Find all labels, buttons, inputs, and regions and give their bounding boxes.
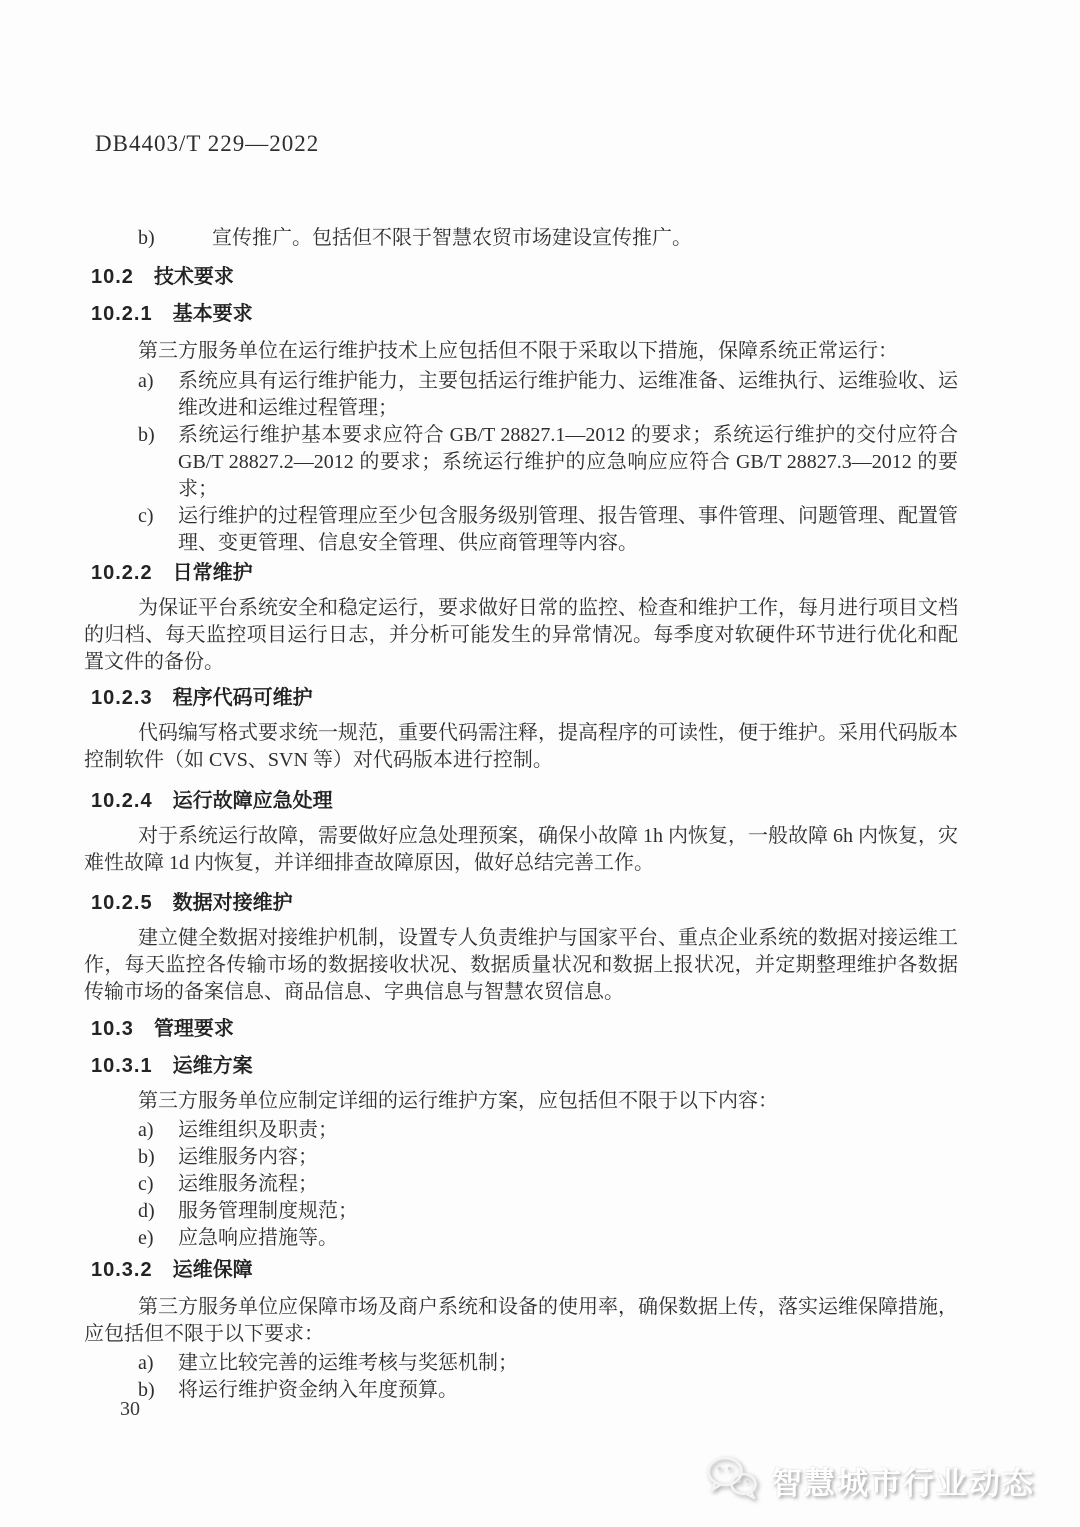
paragraph-10-3-2-intro: 第三方服务单位应保障市场及商户系统和设备的使用率，确保数据上传，落实运维保障措施… bbox=[84, 1294, 958, 1348]
list-item-text: 应急响应措施等。 bbox=[178, 1227, 338, 1249]
paragraph-10-2-2: 为保证平台系统安全和稳定运行，要求做好日常的监控、检查和维护工作，每月进行项目文… bbox=[84, 595, 958, 676]
section-title: 基本要求 bbox=[173, 303, 253, 325]
section-number: 10.3.2 bbox=[91, 1259, 153, 1281]
section-number: 10.2.5 bbox=[91, 892, 153, 914]
list-item-label: d) bbox=[138, 1198, 155, 1225]
list-item-text: 宣传推广。包括但不限于智慧农贸市场建设宣传推广。 bbox=[212, 227, 692, 249]
section-heading-10-2-4: 10.2.4运行故障应急处理 bbox=[91, 789, 958, 813]
text-column: DB4403/T 229—2022 b) 宣传推广。包括但不限于智慧农贸市场建设… bbox=[84, 0, 958, 1404]
page-number: 30 bbox=[120, 1398, 140, 1421]
list-item: b) 系统运行维护基本要求应符合 GB/T 28827.1—2012 的要求；系… bbox=[84, 422, 958, 503]
section-title: 管理要求 bbox=[154, 1018, 234, 1040]
section-heading-10-2-5: 10.2.5数据对接维护 bbox=[91, 891, 958, 915]
list-item-text: 建立比较完善的运维考核与奖惩机制； bbox=[178, 1352, 518, 1374]
list-item-text: 运维服务流程； bbox=[178, 1173, 318, 1195]
paragraph-10-2-1-intro: 第三方服务单位在运行维护技术上应包括但不限于采取以下措施，保障系统正常运行： bbox=[84, 338, 958, 365]
section-title: 技术要求 bbox=[154, 266, 234, 288]
list-item-label: e) bbox=[138, 1225, 154, 1252]
list-item: a) 建立比较完善的运维考核与奖惩机制； bbox=[84, 1350, 958, 1377]
document-page: DB4403/T 229—2022 b) 宣传推广。包括但不限于智慧农贸市场建设… bbox=[0, 0, 1080, 1527]
section-number: 10.2.2 bbox=[91, 562, 153, 584]
list-item: b) 将运行维护资金纳入年度预算。 bbox=[84, 1377, 958, 1404]
paragraph-10-2-4: 对于系统运行故障，需要做好应急处理预案，确保小故障 1h 内恢复，一般故障 6h… bbox=[84, 823, 958, 877]
list-item-label: b) bbox=[138, 1377, 155, 1404]
list-item-text: 运维服务内容； bbox=[178, 1146, 318, 1168]
section-heading-10-3: 10.3管理要求 bbox=[91, 1017, 958, 1041]
list-item: c) 运维服务流程； bbox=[84, 1171, 958, 1198]
section-number: 10.2.4 bbox=[91, 790, 153, 812]
list-item-label: a) bbox=[138, 368, 154, 395]
section-heading-10-2-3: 10.2.3程序代码可维护 bbox=[91, 686, 958, 710]
list-item: e) 应急响应措施等。 bbox=[84, 1225, 958, 1252]
list-item-lead: b) 宣传推广。包括但不限于智慧农贸市场建设宣传推广。 bbox=[84, 225, 958, 252]
section-title: 运维保障 bbox=[173, 1259, 253, 1281]
section-title: 运行故障应急处理 bbox=[173, 790, 333, 812]
list-item-text: 服务管理制度规范； bbox=[178, 1200, 358, 1222]
section-heading-10-2: 10.2技术要求 bbox=[91, 265, 958, 289]
section-title: 日常维护 bbox=[173, 562, 253, 584]
section-heading-10-2-2: 10.2.2日常维护 bbox=[91, 561, 958, 585]
paragraph-10-2-5: 建立健全数据对接维护机制，设置专人负责维护与国家平台、重点企业系统的数据对接运维… bbox=[84, 925, 958, 1006]
list-item-label: c) bbox=[138, 1171, 154, 1198]
list-item-text: 系统应具有运行维护能力，主要包括运行维护能力、运维准备、运维执行、运维验收、运维… bbox=[178, 370, 958, 419]
list-item-label: a) bbox=[138, 1350, 154, 1377]
doc-code: DB4403/T 229—2022 bbox=[95, 130, 958, 157]
list-item-label: b) bbox=[138, 422, 155, 449]
section-number: 10.3 bbox=[91, 1018, 134, 1040]
list-item-text: 系统运行维护基本要求应符合 GB/T 28827.1—2012 的要求；系统运行… bbox=[178, 424, 958, 500]
list-item-label: a) bbox=[138, 1117, 154, 1144]
section-heading-10-3-1: 10.3.1运维方案 bbox=[91, 1054, 958, 1078]
list-item-label: b) bbox=[138, 1144, 155, 1171]
list-item: c) 运行维护的过程管理应至少包含服务级别管理、报告管理、事件管理、问题管理、配… bbox=[84, 503, 958, 557]
list-item-text: 运行维护的过程管理应至少包含服务级别管理、报告管理、事件管理、问题管理、配置管理… bbox=[178, 505, 958, 554]
paragraph-10-2-3: 代码编写格式要求统一规范，重要代码需注释，提高程序的可读性，便于维护。采用代码版… bbox=[84, 720, 958, 774]
list-item: a) 运维组织及职责； bbox=[84, 1117, 958, 1144]
list-item-label: c) bbox=[138, 503, 154, 530]
section-number: 10.2 bbox=[91, 266, 134, 288]
list-item-label: b) bbox=[138, 225, 155, 252]
list-item-text: 运维组织及职责； bbox=[178, 1119, 338, 1141]
list-item-text: 将运行维护资金纳入年度预算。 bbox=[178, 1379, 458, 1401]
list-item: a) 系统应具有运行维护能力，主要包括运行维护能力、运维准备、运维执行、运维验收… bbox=[84, 368, 958, 422]
section-title: 运维方案 bbox=[173, 1055, 253, 1077]
section-number: 10.3.1 bbox=[91, 1055, 153, 1077]
section-number: 10.2.1 bbox=[91, 303, 153, 325]
section-title: 程序代码可维护 bbox=[173, 687, 313, 709]
section-heading-10-2-1: 10.2.1基本要求 bbox=[91, 302, 958, 326]
paragraph-10-3-1-intro: 第三方服务单位应制定详细的运行维护方案，应包括但不限于以下内容： bbox=[84, 1088, 958, 1115]
list-item: d) 服务管理制度规范； bbox=[84, 1198, 958, 1225]
section-heading-10-3-2: 10.3.2运维保障 bbox=[91, 1258, 958, 1282]
section-title: 数据对接维护 bbox=[173, 892, 293, 914]
section-number: 10.2.3 bbox=[91, 687, 153, 709]
watermark-label: 智慧城市行业动态 bbox=[771, 1458, 1035, 1503]
wechat-icon bbox=[705, 1455, 759, 1506]
watermark: 智慧城市行业动态 bbox=[705, 1455, 1035, 1506]
list-item: b) 运维服务内容； bbox=[84, 1144, 958, 1171]
